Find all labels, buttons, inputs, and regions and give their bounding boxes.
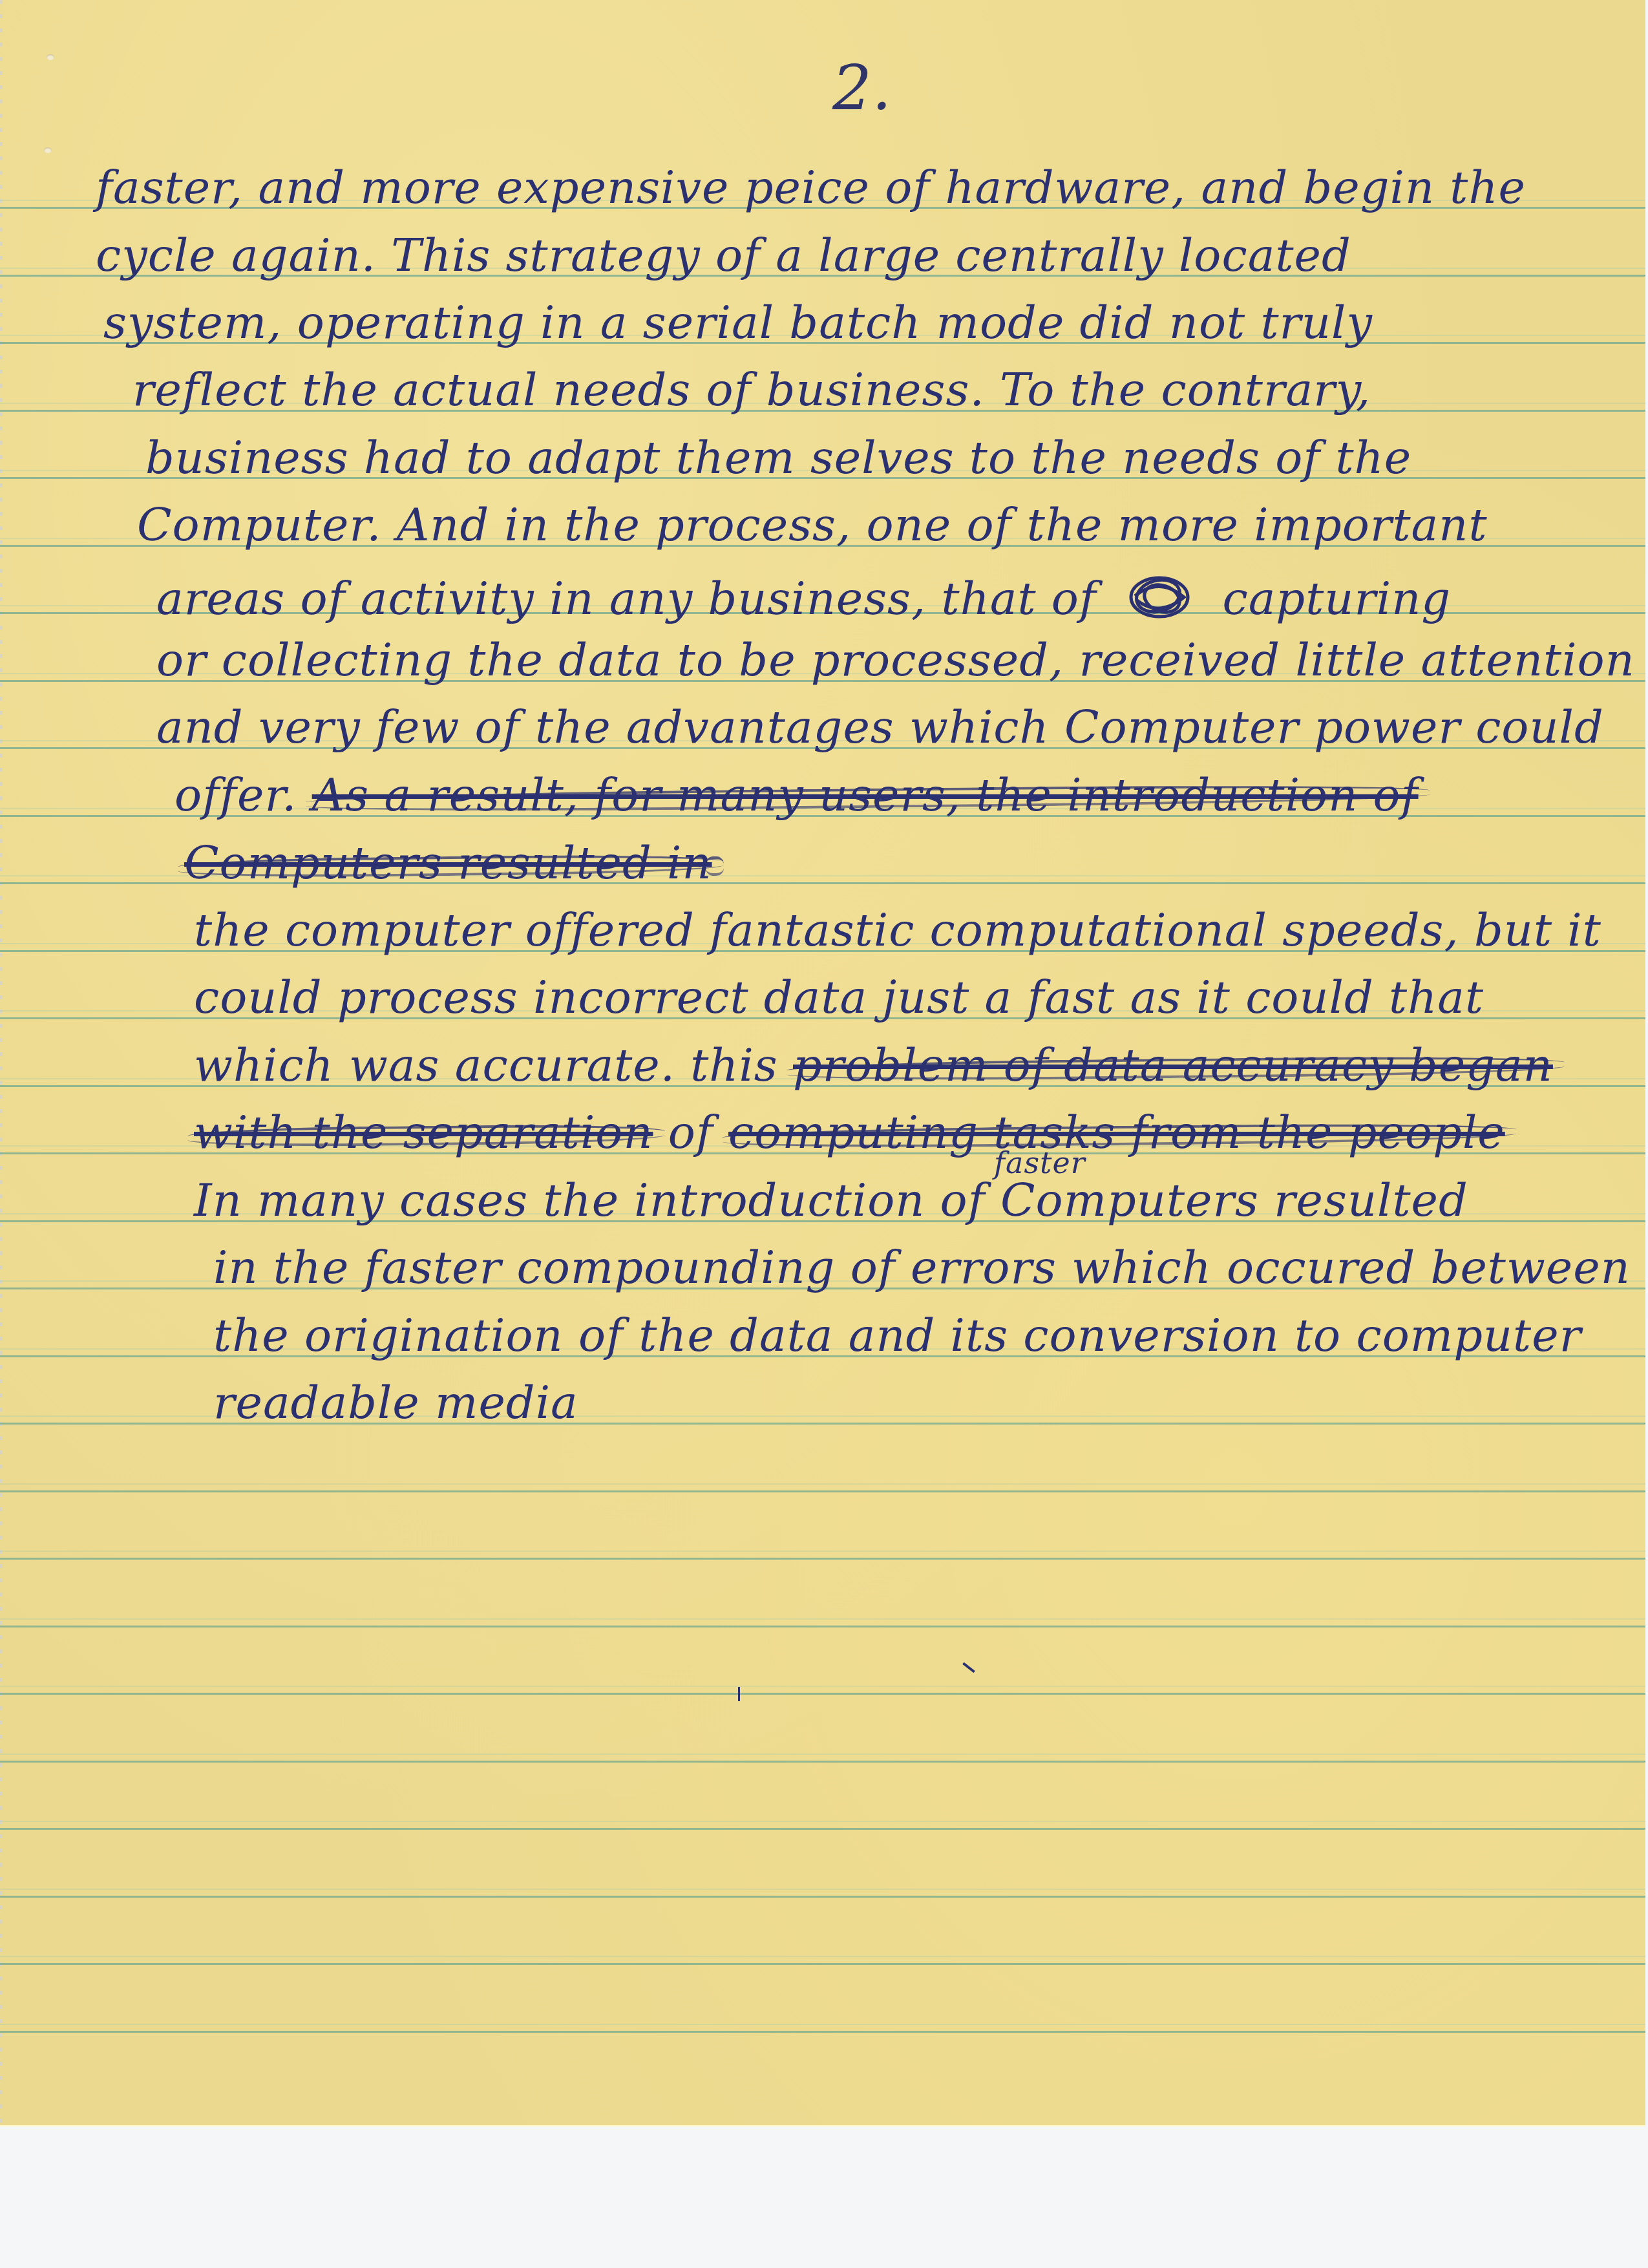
handwritten-text: In many cases the introduction of [194,1174,1000,1227]
handwritten-text: areas of activity in any business, that … [156,572,1112,625]
handwritten-line: the origination of the data and its conv… [213,1313,1581,1358]
handwritten-text: business had to adapt them selves to the… [145,431,1411,484]
handwritten-text: which was accurate. this [194,1039,793,1092]
handwritten-text: reflect the actual needs of business. To… [132,363,1371,416]
handwritten-line: with the separation of computing tasks f… [194,1110,1505,1155]
handwritten-line: readable media [213,1380,578,1425]
handwritten-text: system, operating in a serial batch mode… [103,296,1373,349]
struck-through-text: with the separation [194,1106,653,1159]
handwritten-text: readable media [213,1376,578,1429]
rule-line [0,2031,1645,2033]
handwritten-line: the computer offered fantastic computati… [194,907,1601,953]
handwritten-line: could process incorrect data just a fast… [194,975,1484,1020]
handwritten-line: cycle again. This strategy of a large ce… [96,233,1351,278]
handwritten-text: offer. [174,768,312,821]
interlinear-insertion: fasterComputers resulted [1000,1178,1468,1223]
rule-line [0,1896,1645,1898]
handwritten-line: and very few of the advantages which Com… [156,705,1604,750]
handwritten-text: Computers resulted [1000,1174,1468,1227]
handwritten-text: could process incorrect data just a fast… [194,971,1484,1024]
handwritten-line: Computer. And in the process, one of the… [137,502,1488,547]
rule-line [0,1490,1645,1492]
rule-line [0,1963,1645,1965]
stray-ink-mark [738,1687,740,1701]
handwritten-text: capturing [1207,572,1451,625]
handwritten-line: faster, and more expensive peice of hard… [96,165,1526,210]
handwritten-line: or collecting the data to be processed, … [156,637,1635,683]
paper-puncture-mark [44,147,52,153]
handwritten-line: In many cases the introduction of faster… [194,1178,1468,1223]
yellow-legal-pad-sheet: 2. faster, and more expensive peice of h… [0,0,1645,2125]
struck-through-text: problem of data accuracy began [793,1039,1553,1092]
struck-through-text: As a result, for many users, the introdu… [312,768,1419,821]
rule-line [0,1558,1645,1560]
handwritten-line: Computers resulted in [184,840,712,885]
handwritten-line: which was accurate. this problem of data… [194,1043,1553,1088]
handwritten-line: offer. As a result, for many users, the … [174,772,1419,818]
handwritten-line: reflect the actual needs of business. To… [132,367,1371,412]
struck-through-text: Computers resulted in [184,836,712,889]
scanned-page: 2. faster, and more expensive peice of h… [0,0,1648,2268]
perforated-left-edge [0,0,3,2125]
rule-line [0,1693,1645,1695]
stray-ink-mark [962,1662,975,1673]
handwritten-text: and very few of the advantages which Com… [156,701,1604,754]
scribbled-out-word [1121,570,1198,622]
handwritten-text: the origination of the data and its conv… [213,1309,1581,1362]
rule-line [0,1626,1645,1627]
handwritten-line: system, operating in a serial batch mode… [103,300,1373,345]
handwritten-text: or collecting the data to be processed, … [156,633,1635,686]
rule-line [0,1828,1645,1830]
handwritten-line: in the faster compounding of errors whic… [213,1245,1631,1290]
struck-through-text: computing tasks from the people [728,1106,1505,1159]
handwritten-text: the computer offered fantastic computati… [194,904,1601,957]
handwritten-text: in the faster compounding of errors whic… [213,1241,1631,1294]
rule-line [0,1761,1645,1763]
handwritten-line: areas of activity in any business, that … [156,570,1451,622]
handwritten-line: business had to adapt them selves to the… [145,435,1411,480]
handwritten-text: faster, and more expensive peice of hard… [96,161,1526,214]
page-number: 2. [832,57,892,119]
handwritten-text: of [653,1106,729,1159]
handwritten-text: Computer. And in the process, one of the… [137,498,1488,551]
handwritten-text: cycle again. This strategy of a large ce… [96,229,1351,282]
paper-puncture-mark [47,54,54,60]
